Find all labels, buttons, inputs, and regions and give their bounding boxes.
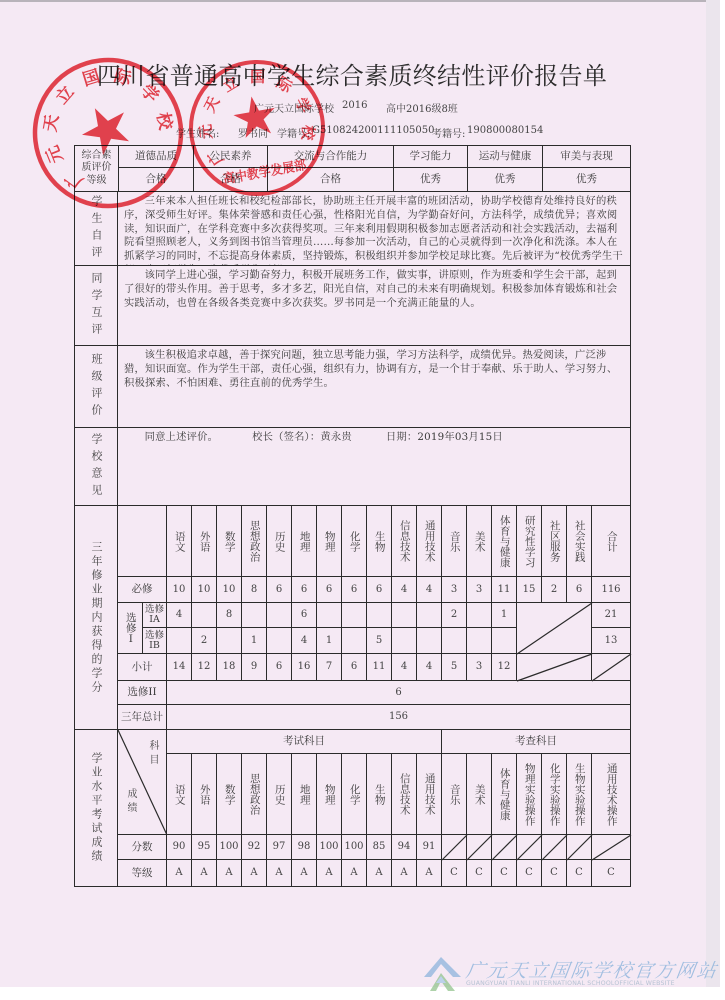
elective1b-total-text: 13 xyxy=(605,635,618,647)
credit-subject-11-text: 音乐 xyxy=(448,531,460,552)
exam-subject-5: 地理 xyxy=(292,754,317,835)
elective2-label: 选修II xyxy=(118,681,167,705)
credit-subject-0-text: 语文 xyxy=(173,531,185,552)
rating-header-3: 学习能力 xyxy=(394,145,468,168)
subtotal-credit-11: 5 xyxy=(442,654,467,681)
exam-subject-5-text: 地理 xyxy=(298,784,310,805)
exam-score-1-text: 95 xyxy=(198,841,211,853)
elective1b-credit-0 xyxy=(167,628,192,654)
exam-grade-0: A xyxy=(167,860,192,887)
subtotal-credit-6: 7 xyxy=(317,654,342,681)
evaluation-text-2-text: 该生积极追求卓越，善于探究问题，独立思考能力强，学习方法科学，成绩优异。热爱阅读… xyxy=(124,349,617,389)
exam-score-10-text: 91 xyxy=(423,841,436,853)
exam-subject-8-text: 生物 xyxy=(373,784,385,805)
required-credit-0: 10 xyxy=(167,577,192,603)
rating-header-1: 公民素养 xyxy=(194,145,268,168)
evaluation-text-1: 该同学上进心强，学习勤奋努力，积极开展班务工作，做实事，讲原则，作为班委和学生会… xyxy=(118,266,631,346)
opinion-text: 同意上述评价。 xyxy=(145,431,218,443)
exam-score-8: 85 xyxy=(367,835,392,860)
elective1a-credit-1 xyxy=(192,603,217,628)
check-score-blank-1 xyxy=(467,835,492,860)
rating-grade-1: 合格 xyxy=(194,168,268,192)
required-credit-15-text: 2 xyxy=(551,584,557,596)
elective1a-credit-6 xyxy=(317,603,342,628)
exam-subject-6-text: 物理 xyxy=(323,784,335,805)
exam-group-header-text: 考试科目 xyxy=(283,735,325,748)
score-label: 分数 xyxy=(118,835,167,860)
subtotal-credit-9-text: 4 xyxy=(401,661,407,673)
exam-score-7-text: 100 xyxy=(344,841,363,853)
school-opinion-content: 同意上述评价。校长（签名）：黄永贵日期：2019年03月15日 xyxy=(118,428,631,506)
check-score-blank-5 xyxy=(567,835,592,860)
elective1a-credit-2: 8 xyxy=(217,603,242,628)
exam-score-5-text: 98 xyxy=(298,841,311,853)
exam-score-0-text: 90 xyxy=(173,841,186,853)
corner-subject-label: 科目 xyxy=(146,740,158,768)
required-credit-6: 6 xyxy=(317,577,342,603)
exam-score-6-text: 100 xyxy=(319,841,338,853)
evaluation-text-1-text: 该同学上进心强，学习勤奋努力，积极开展班务工作，做实事，讲原则，作为班委和学生会… xyxy=(124,269,617,309)
rating-grade-4: 优秀 xyxy=(468,168,543,192)
credit-subject-6: 物理 xyxy=(317,506,342,577)
check-subject-2-text: 体育与健康 xyxy=(498,768,510,821)
exam-subject-2-text: 数学 xyxy=(223,784,235,805)
subtotal-blank-cell xyxy=(517,654,592,681)
exam-grade-4-text: A xyxy=(275,867,282,879)
exam-subject-1: 外语 xyxy=(192,754,217,835)
subtotal-label-text: 小计 xyxy=(132,661,153,674)
required-credit-9-text: 4 xyxy=(401,584,407,596)
check-grade-2-text: C xyxy=(500,867,508,879)
credit-subject-16: 社会实践 xyxy=(567,506,592,577)
exam-grade-9: A xyxy=(392,860,417,887)
elective1-group-label: 选修I xyxy=(118,603,143,654)
credit-subject-7: 化学 xyxy=(342,506,367,577)
credit-subject-14: 研究性学习 xyxy=(517,506,542,577)
elective1a-credit-4 xyxy=(267,603,292,628)
required-total-text: 116 xyxy=(601,584,620,596)
elective1b-credit-11 xyxy=(442,628,467,654)
credit-subject-12-text: 美术 xyxy=(473,531,485,552)
exam-grade-5-text: A xyxy=(300,867,307,879)
credit-subject-2-text: 数学 xyxy=(223,531,235,552)
check-subject-4-text: 化学实验操作 xyxy=(548,763,560,826)
evaluation-text-0-text: 三年来本人担任班长和校纪检部部长，协助班主任开展丰富的班团活动，协助学校德育处维… xyxy=(124,195,623,266)
subtotal-credit-2-text: 18 xyxy=(223,661,236,673)
exam-subject-2: 数学 xyxy=(217,754,242,835)
elective1a-total-text: 21 xyxy=(605,609,618,621)
rating-header-5-text: 审美与表现 xyxy=(560,150,613,163)
credit-subject-1: 外语 xyxy=(192,506,217,577)
exams-label-text: 学业水平考试成绩 xyxy=(90,752,102,864)
elective1b-credit-1-text: 2 xyxy=(201,635,207,647)
elective1a-credit-13: 1 xyxy=(492,603,517,628)
rating-header-4-text: 运动与健康 xyxy=(479,150,532,163)
credit-subject-8: 生物 xyxy=(367,506,392,577)
exam-subject-0: 语文 xyxy=(167,754,192,835)
rating-grade-5-text: 优秀 xyxy=(576,173,597,186)
subtotal-credit-12-text: 3 xyxy=(476,661,482,673)
exam-score-0: 90 xyxy=(167,835,192,860)
exam-subject-3-text: 思想政治 xyxy=(248,773,260,815)
check-group-header-text: 考查科目 xyxy=(515,735,557,748)
required-credit-4-text: 6 xyxy=(276,584,282,596)
report-table: 综合素质评价等级道德品质合格公民素养合格交流与合作能力合格学习能力优秀运动与健康… xyxy=(0,0,725,1000)
check-subject-3: 物理实验操作 xyxy=(517,754,542,835)
exam-grade-2-text: A xyxy=(225,867,232,879)
check-grade-3: C xyxy=(517,860,542,887)
required-credit-5-text: 6 xyxy=(301,584,307,596)
required-credit-2: 10 xyxy=(217,577,242,603)
exam-score-5: 98 xyxy=(292,835,317,860)
check-grade-1-text: C xyxy=(475,867,483,879)
subtotal-credit-5: 16 xyxy=(292,654,317,681)
elective1a-credit-0-text: 4 xyxy=(176,609,182,621)
score-label-text: 分数 xyxy=(132,841,153,854)
exam-grade-1: A xyxy=(192,860,217,887)
credit-subject-11: 音乐 xyxy=(442,506,467,577)
grade-label-text: 等级 xyxy=(132,867,153,880)
exam-grade-10: A xyxy=(417,860,442,887)
credits-label: 三年修业期内获得的学分 xyxy=(74,506,118,730)
rating-grade-2-text: 合格 xyxy=(320,173,341,186)
elective1b-credit-3: 1 xyxy=(242,628,267,654)
elective1b-credit-5-text: 4 xyxy=(301,635,307,647)
check-grade-0: C xyxy=(442,860,467,887)
credit-subject-5: 地理 xyxy=(292,506,317,577)
check-score-blank-2 xyxy=(492,835,517,860)
elective1a-total: 21 xyxy=(592,603,631,628)
rating-grade-0-text: 合格 xyxy=(146,173,167,186)
required-credit-11-text: 3 xyxy=(451,584,457,596)
required-credit-15: 2 xyxy=(542,577,567,603)
elective1b-credit-6: 1 xyxy=(317,628,342,654)
required-credit-6-text: 6 xyxy=(326,584,332,596)
rating-header-5: 审美与表现 xyxy=(543,145,631,168)
exam-subject-9-text: 信息技术 xyxy=(398,773,410,815)
required-credit-11: 3 xyxy=(442,577,467,603)
exam-grade-2: A xyxy=(217,860,242,887)
elective1b-credit-2 xyxy=(217,628,242,654)
exam-grade-8: A xyxy=(367,860,392,887)
subtotal-credit-0: 14 xyxy=(167,654,192,681)
elective1a-label: 选修IA xyxy=(143,603,167,628)
elective1-group-label-text: 选修I xyxy=(124,612,136,645)
exam-subject-3: 思想政治 xyxy=(242,754,267,835)
subtotal-label: 小计 xyxy=(118,654,167,681)
elective1a-credit-9 xyxy=(392,603,417,628)
grand-total-label-text: 三年总计 xyxy=(121,711,163,724)
required-credit-1-text: 10 xyxy=(198,584,211,596)
exam-subject-4: 历史 xyxy=(267,754,292,835)
rating-grade-3-text: 优秀 xyxy=(420,173,441,186)
check-group-header: 考查科目 xyxy=(442,730,631,754)
exam-subject-10-text: 通用技术 xyxy=(423,773,435,815)
credit-subject-10-text: 通用技术 xyxy=(423,520,435,562)
elective1b-credit-5: 4 xyxy=(292,628,317,654)
exam-grade-6: A xyxy=(317,860,342,887)
required-credit-3: 8 xyxy=(242,577,267,603)
grand-total-value: 156 xyxy=(167,705,631,730)
subtotal-total-blank xyxy=(592,654,631,681)
rating-grade-1-text: 合格 xyxy=(220,173,241,186)
exam-subject-10: 通用技术 xyxy=(417,754,442,835)
rating-grade-3: 优秀 xyxy=(394,168,468,192)
exam-subject-7: 化学 xyxy=(342,754,367,835)
subtotal-credit-10-text: 4 xyxy=(426,661,432,673)
elective1b-credit-13 xyxy=(492,628,517,654)
check-subject-2: 体育与健康 xyxy=(492,754,517,835)
subtotal-credit-0-text: 14 xyxy=(173,661,186,673)
exams-label: 学业水平考试成绩 xyxy=(74,730,118,887)
evaluation-label-0-text: 学生自评 xyxy=(90,195,102,263)
rating-grade-5: 优秀 xyxy=(543,168,631,192)
credit-subject-13-text: 体育与健康 xyxy=(498,515,510,568)
elective2-value-text: 6 xyxy=(395,687,401,699)
rating-header-2-text: 交流与合作能力 xyxy=(294,150,368,163)
exam-score-9: 94 xyxy=(392,835,417,860)
credits-label-text: 三年修业期内获得的学分 xyxy=(90,541,102,695)
check-grade-1: C xyxy=(467,860,492,887)
elective1b-credit-3-text: 1 xyxy=(251,635,257,647)
required-credit-3-text: 8 xyxy=(251,584,257,596)
check-score-blank-3 xyxy=(517,835,542,860)
rating-label-text: 综合素质评价等级 xyxy=(81,150,112,188)
subtotal-credit-4: 6 xyxy=(267,654,292,681)
exam-score-2: 100 xyxy=(217,835,242,860)
exam-grade-7-text: A xyxy=(350,867,357,879)
exam-subject-8: 生物 xyxy=(367,754,392,835)
credit-subject-15-text: 社区服务 xyxy=(548,520,560,562)
elective1b-credit-1: 2 xyxy=(192,628,217,654)
rating-header-1-text: 公民素养 xyxy=(210,150,252,163)
exam-score-6: 100 xyxy=(317,835,342,860)
check-subject-1-text: 美术 xyxy=(473,784,485,805)
check-grade-5-text: C xyxy=(575,867,583,879)
subtotal-credit-7: 6 xyxy=(342,654,367,681)
exam-grade-7: A xyxy=(342,860,367,887)
subtotal-credit-3: 9 xyxy=(242,654,267,681)
rating-header-0: 道德品质 xyxy=(119,145,194,168)
check-subject-3-text: 物理实验操作 xyxy=(523,763,535,826)
exam-score-4: 97 xyxy=(267,835,292,860)
subtotal-credit-8-text: 11 xyxy=(373,661,386,673)
elective1a-credit-5-text: 6 xyxy=(301,609,307,621)
exam-subject-1-text: 外语 xyxy=(198,784,210,805)
required-credit-14: 15 xyxy=(517,577,542,603)
exam-subject-0-text: 语文 xyxy=(173,784,185,805)
required-credit-14-text: 15 xyxy=(523,584,536,596)
elective1b-credit-9 xyxy=(392,628,417,654)
required-credit-8-text: 6 xyxy=(376,584,382,596)
check-grade-4: C xyxy=(542,860,567,887)
credit-subject-4-text: 历史 xyxy=(273,531,285,552)
principal-signature: 校长（签名）：黄永贵 xyxy=(252,431,352,443)
required-credit-9: 4 xyxy=(392,577,417,603)
exam-grade-3-text: A xyxy=(250,867,257,879)
subtotal-credit-13: 12 xyxy=(492,654,517,681)
exam-score-7: 100 xyxy=(342,835,367,860)
required-label: 必修 xyxy=(118,577,167,603)
principal-name: 黄永贵 xyxy=(320,431,352,443)
rating-grade-2: 合格 xyxy=(268,168,394,192)
evaluation-label-0: 学生自评 xyxy=(74,192,118,266)
exam-score-2-text: 100 xyxy=(219,841,238,853)
elective1b-label: 选修IB xyxy=(143,628,167,654)
elective1b-credit-7 xyxy=(342,628,367,654)
watermark-site-english: GUANGYUAN TIANLI INTERNATIONAL SCHOOLOFF… xyxy=(466,980,675,987)
credit-subject-1-text: 外语 xyxy=(198,531,210,552)
required-label-text: 必修 xyxy=(132,583,153,596)
required-credit-13-text: 11 xyxy=(498,584,511,596)
elective1a-credit-11-text: 2 xyxy=(451,609,457,621)
exam-score-3: 92 xyxy=(242,835,267,860)
subtotal-credit-3-text: 9 xyxy=(251,661,257,673)
exam-score-3-text: 92 xyxy=(248,841,261,853)
required-credit-0-text: 10 xyxy=(173,584,186,596)
evaluation-text-2: 该生积极追求卓越，善于探究问题，独立思考能力强，学习方法科学，成绩优异。热爱阅读… xyxy=(118,346,631,428)
required-total: 116 xyxy=(592,577,631,603)
credit-subject-5-text: 地理 xyxy=(298,531,310,552)
grand-total-value-text: 156 xyxy=(389,711,408,723)
elective1a-credit-3 xyxy=(242,603,267,628)
subtotal-credit-6-text: 7 xyxy=(326,661,332,673)
exam-grade-6-text: A xyxy=(325,867,332,879)
rating-label: 综合素质评价等级 xyxy=(74,145,119,192)
required-credit-1: 10 xyxy=(192,577,217,603)
subtotal-credit-5-text: 16 xyxy=(298,661,311,673)
credit-subject-7-text: 化学 xyxy=(348,531,360,552)
elective1-blank-cell xyxy=(517,603,592,654)
elective1b-total: 13 xyxy=(592,628,631,654)
subtotal-credit-1-text: 12 xyxy=(198,661,211,673)
elective1b-credit-8: 5 xyxy=(367,628,392,654)
exam-corner: 科目成绩 xyxy=(118,730,167,835)
required-credit-8: 6 xyxy=(367,577,392,603)
subtotal-credit-4-text: 6 xyxy=(276,661,282,673)
signature-date: 日期：2019年03月15日 xyxy=(386,431,503,443)
required-credit-16: 6 xyxy=(567,577,592,603)
credit-subject-15: 社区服务 xyxy=(542,506,567,577)
check-grade-2: C xyxy=(492,860,517,887)
exam-score-4-text: 97 xyxy=(273,841,286,853)
check-grade-6-text: C xyxy=(607,867,615,879)
watermark-site-name: 广元天立国际学校官方网站 xyxy=(464,956,720,983)
credit-subject-14-text: 研究性学习 xyxy=(523,515,535,568)
check-subject-0-text: 音乐 xyxy=(448,784,460,805)
check-subject-6-text: 通用技术操作 xyxy=(605,763,617,826)
exam-score-1: 95 xyxy=(192,835,217,860)
exam-grade-3: A xyxy=(242,860,267,887)
required-credit-16-text: 6 xyxy=(576,584,582,596)
grand-total-label: 三年总计 xyxy=(118,705,167,730)
elective1a-credit-8 xyxy=(367,603,392,628)
check-subject-6: 通用技术操作 xyxy=(592,754,631,835)
subtotal-credit-11-text: 5 xyxy=(451,661,457,673)
required-credit-13: 11 xyxy=(492,577,517,603)
grade-label: 等级 xyxy=(118,860,167,887)
exam-grade-10-text: A xyxy=(425,867,432,879)
elective1a-credit-12 xyxy=(467,603,492,628)
subtotal-credit-7-text: 6 xyxy=(351,661,357,673)
required-credit-12-text: 3 xyxy=(476,584,482,596)
rating-grade-4-text: 优秀 xyxy=(495,173,516,186)
subtotal-credit-13-text: 12 xyxy=(498,661,511,673)
check-grade-0-text: C xyxy=(450,867,458,879)
rating-header-2: 交流与合作能力 xyxy=(268,145,394,168)
elective1a-credit-7 xyxy=(342,603,367,628)
credit-subject-9-text: 信息技术 xyxy=(398,520,410,562)
school-opinion-label: 学校意见 xyxy=(74,428,118,506)
corner-result-label: 成绩 xyxy=(124,788,136,816)
elective1b-credit-4 xyxy=(267,628,292,654)
subtotal-credit-8: 11 xyxy=(367,654,392,681)
evaluation-label-1-text: 同学互评 xyxy=(90,272,102,340)
elective1b-credit-10 xyxy=(417,628,442,654)
credit-subject-16-text: 社会实践 xyxy=(573,520,585,562)
check-subject-0: 音乐 xyxy=(442,754,467,835)
elective1a-credit-5: 6 xyxy=(292,603,317,628)
evaluation-label-1: 同学互评 xyxy=(74,266,118,346)
exam-subject-4-text: 历史 xyxy=(273,784,285,805)
check-subject-5-text: 生物实验操作 xyxy=(573,763,585,826)
credit-total-header: 合计 xyxy=(592,506,631,577)
rating-header-3-text: 学习能力 xyxy=(410,150,452,163)
subtotal-credit-2: 18 xyxy=(217,654,242,681)
check-subject-4: 化学实验操作 xyxy=(542,754,567,835)
exam-score-8-text: 85 xyxy=(373,841,386,853)
check-grade-4-text: C xyxy=(550,867,558,879)
exam-subject-7-text: 化学 xyxy=(348,784,360,805)
subtotal-credit-9: 4 xyxy=(392,654,417,681)
evaluation-text-0: 三年来本人担任班长和校纪检部部长，协助班主任开展丰富的班团活动，协助学校德育处维… xyxy=(118,192,631,266)
subtotal-credit-12: 3 xyxy=(467,654,492,681)
credit-subject-2: 数学 xyxy=(217,506,242,577)
subtotal-credit-1: 12 xyxy=(192,654,217,681)
credit-subject-10: 通用技术 xyxy=(417,506,442,577)
required-credit-5: 6 xyxy=(292,577,317,603)
elective1b-credit-8-text: 5 xyxy=(376,635,382,647)
credit-subject-6-text: 物理 xyxy=(323,531,335,552)
exam-subject-9: 信息技术 xyxy=(392,754,417,835)
credit-subject-0: 语文 xyxy=(167,506,192,577)
check-score-blank-0 xyxy=(442,835,467,860)
elective1a-label-text: 选修IA xyxy=(145,605,164,625)
exam-subject-6: 物理 xyxy=(317,754,342,835)
elective2-label-text: 选修II xyxy=(127,686,156,699)
credit-subject-12: 美术 xyxy=(467,506,492,577)
exam-grade-5: A xyxy=(292,860,317,887)
required-credit-4: 6 xyxy=(267,577,292,603)
credit-subject-4: 历史 xyxy=(267,506,292,577)
date-label: 日期： xyxy=(386,431,418,443)
required-credit-12: 3 xyxy=(467,577,492,603)
date-value: 2019年03月15日 xyxy=(417,431,503,443)
credit-subject-3: 思想政治 xyxy=(242,506,267,577)
credits-corner xyxy=(118,506,167,577)
elective1b-label-text: 选修IB xyxy=(145,631,164,651)
check-grade-3-text: C xyxy=(525,867,533,879)
credit-subject-13: 体育与健康 xyxy=(492,506,517,577)
check-subject-1: 美术 xyxy=(467,754,492,835)
credit-subject-3-text: 思想政治 xyxy=(248,520,260,562)
elective1b-credit-6-text: 1 xyxy=(326,635,332,647)
check-subject-5: 生物实验操作 xyxy=(567,754,592,835)
school-opinion-label-text: 学校意见 xyxy=(90,433,102,501)
elective1a-credit-0: 4 xyxy=(167,603,192,628)
required-credit-10: 4 xyxy=(417,577,442,603)
evaluation-label-2: 班级评价 xyxy=(74,346,118,428)
